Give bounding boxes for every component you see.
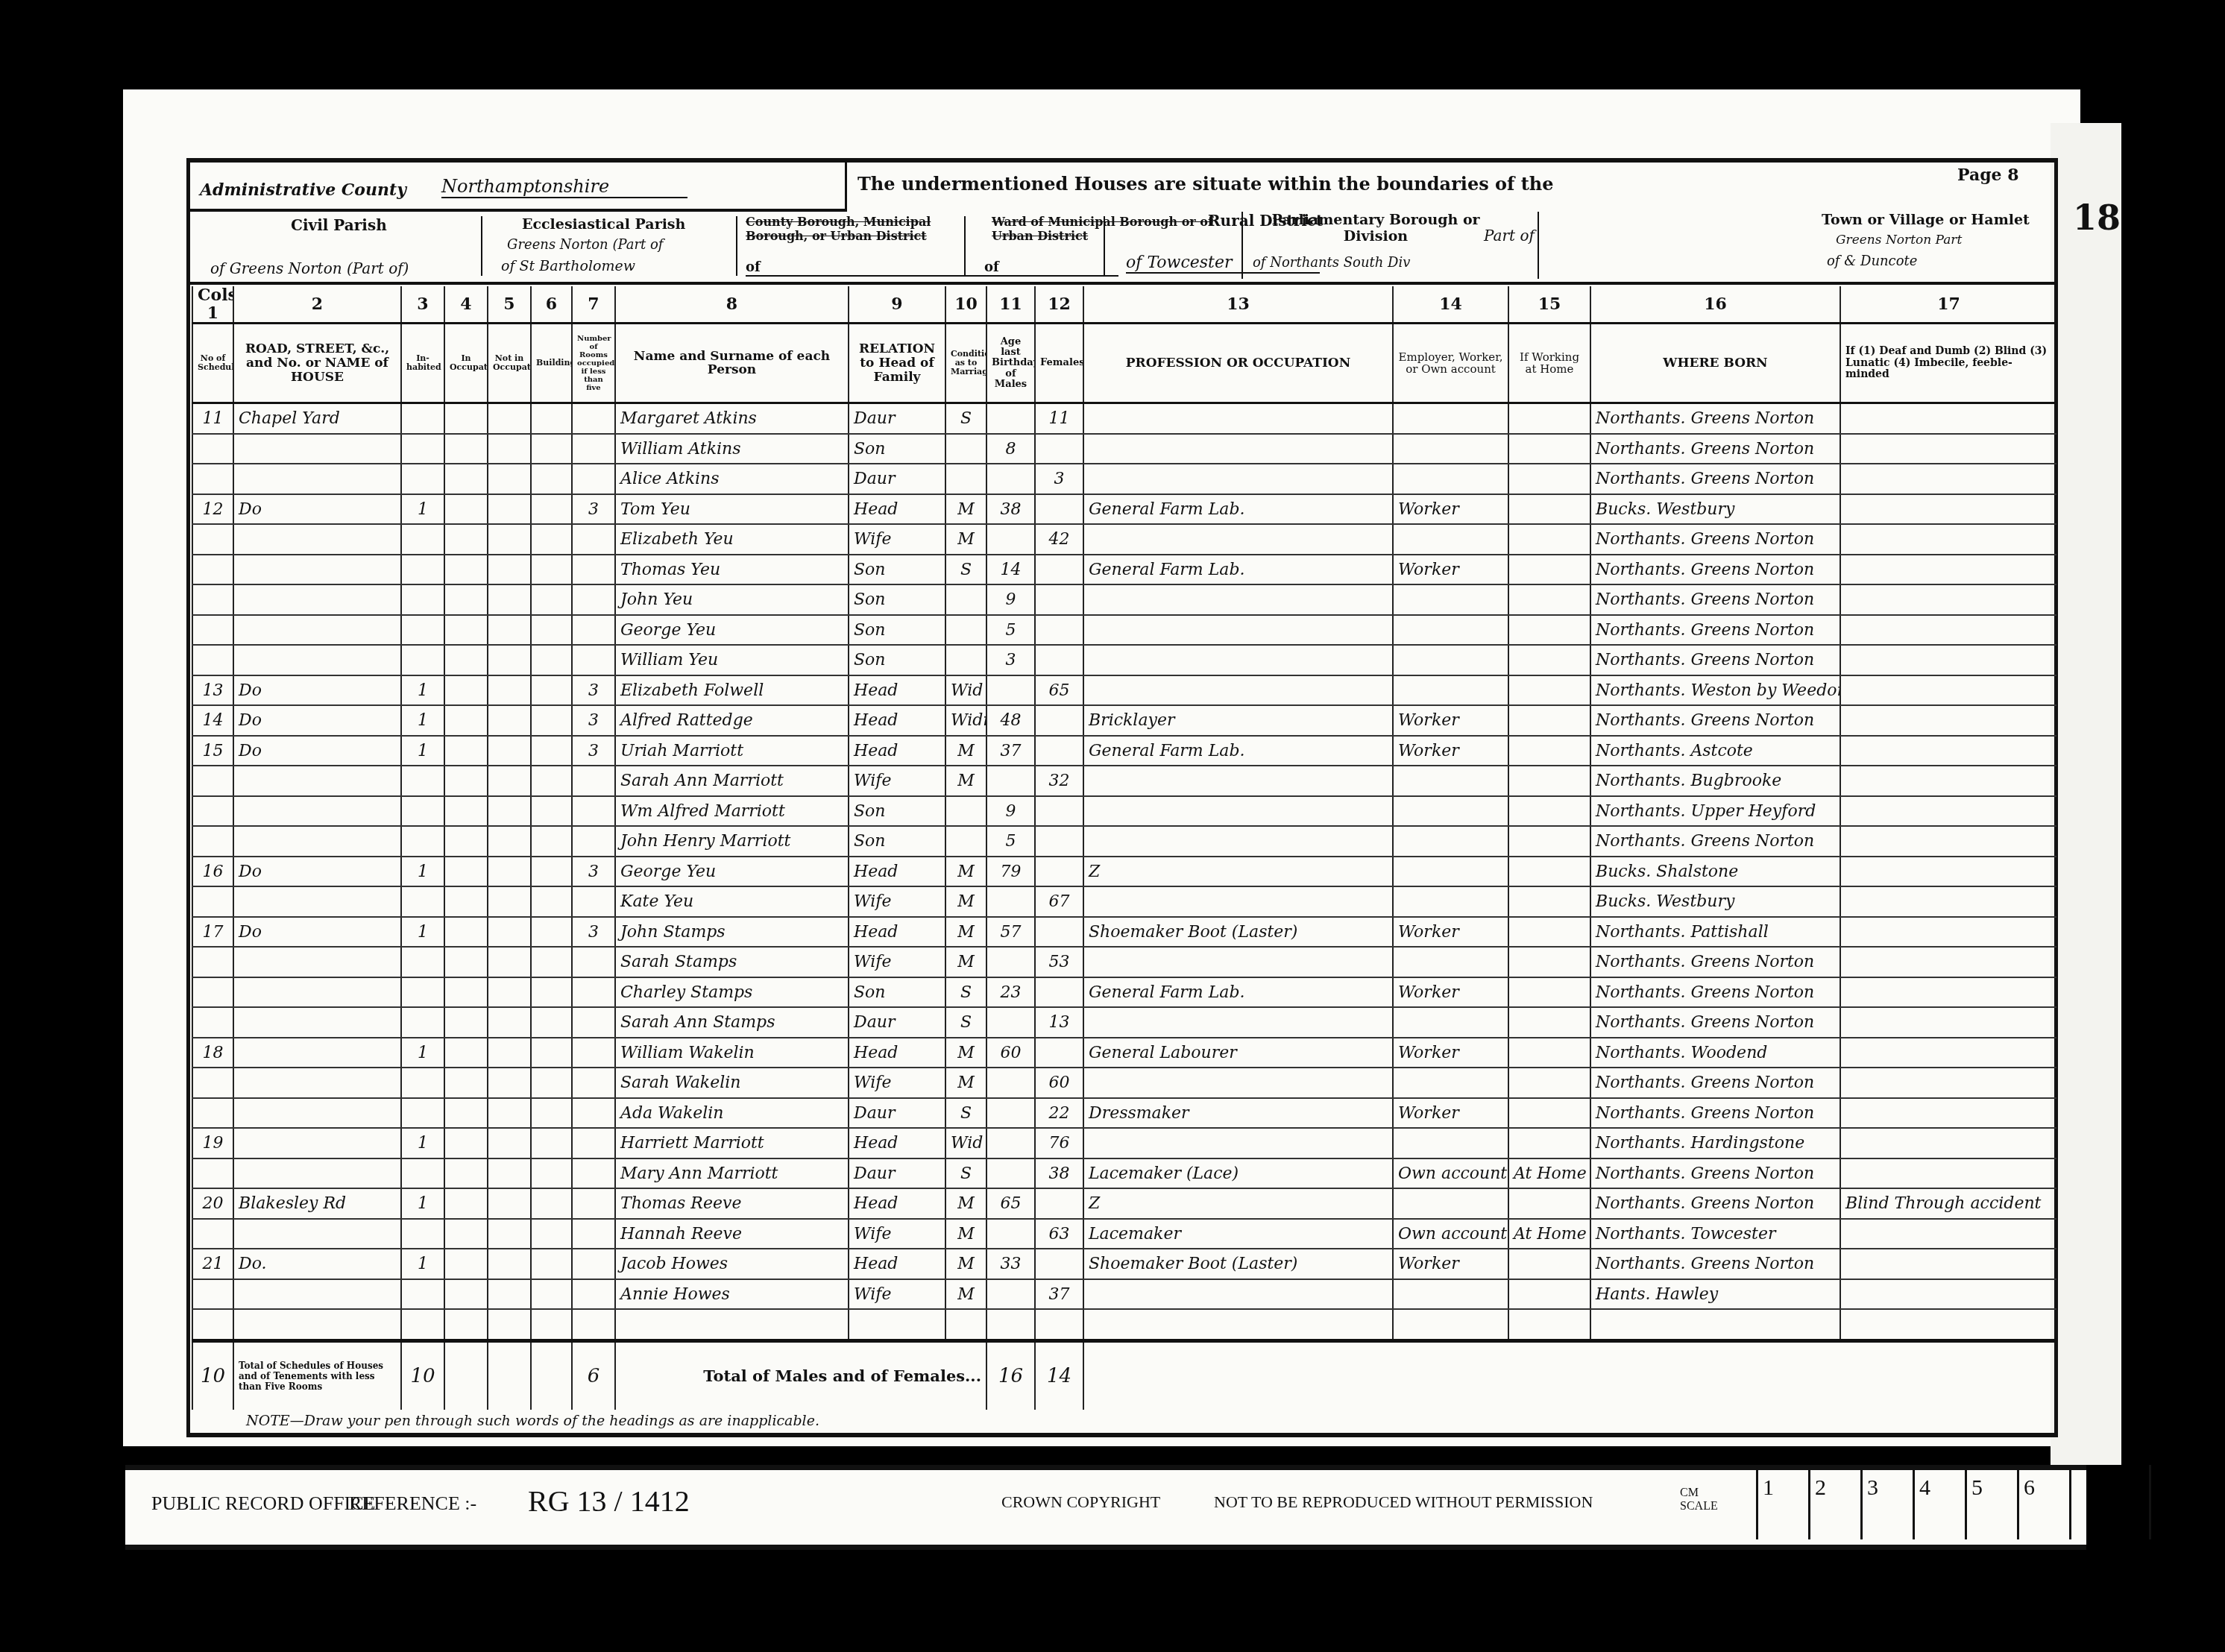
col-num: 4 [444,286,488,324]
inhabited [401,1007,444,1038]
relation: Son [849,555,945,585]
infirmity [1840,434,2056,464]
at-home [1508,464,1590,494]
inhabited [401,947,444,977]
occupation: General Farm Lab. [1083,555,1393,585]
where-born: Northants. Woodend [1590,1038,1840,1068]
at-home [1508,1128,1590,1158]
not-in-occupation [488,1309,531,1340]
person-name: Jacob Howes [615,1249,849,1279]
in-occupation [444,555,488,585]
inhabited [401,615,444,646]
schedule-number: 13 [192,675,233,706]
occupation [1083,796,1393,827]
table-row: 17Do13John StampsHeadM57Shoemaker Boot (… [192,917,2056,948]
address [233,524,401,555]
scale-mark: 3 [1860,1465,1913,1539]
male-age [986,947,1035,977]
occupation [1083,1007,1393,1038]
relation: Head [849,1249,945,1279]
where-born: Northants. Greens Norton [1590,403,1840,434]
census-table: Cols 1 2 3 4 5 6 7 8 9 10 11 12 13 14 15… [192,286,2056,1410]
person-name: Mary Ann Marriott [615,1158,849,1189]
in-occupation [444,857,488,887]
building [531,464,572,494]
header-occupation: PROFESSION OR OCCUPATION [1083,324,1393,403]
employment [1393,1188,1508,1219]
male-age: 48 [986,705,1035,736]
employment [1393,1128,1508,1158]
ecclesiastical-parish-value-2: of St Bartholomew [501,258,635,274]
rooms [572,1007,615,1038]
male-age: 8 [986,434,1035,464]
in-occupation [444,736,488,766]
totals-row: 10 Total of Schedules of Houses and of T… [192,1340,2056,1410]
where-born: Northants. Greens Norton [1590,1188,1840,1219]
infirmity [1840,796,2056,827]
building [531,977,572,1008]
col-num: 7 [572,286,615,324]
rooms: 3 [572,917,615,948]
infirmity [1840,1068,2056,1098]
condition: M [945,766,986,796]
infirmity [1840,1219,2056,1249]
table-row: Wm Alfred MarriottSon9Northants. Upper H… [192,796,2056,827]
inhabited [401,584,444,615]
parliamentary-note: Part of [1484,227,1535,245]
header-males: Males [995,379,1027,390]
female-age [1035,645,1083,675]
schedule-number [192,1158,233,1189]
relation: Head [849,705,945,736]
footer-copyright: CROWN COPYRIGHT [1001,1492,1160,1512]
address: Do [233,494,401,525]
occupation: Lacemaker [1083,1219,1393,1249]
female-age [1035,434,1083,464]
male-age: 60 [986,1038,1035,1068]
female-age: 60 [1035,1068,1083,1098]
address [233,1309,401,1340]
in-occupation [444,886,488,917]
where-born: Northants. Upper Heyford [1590,796,1840,827]
relation: Son [849,796,945,827]
scale-mark: 6 [2017,1465,2069,1539]
at-home [1508,947,1590,977]
at-home: At Home [1508,1219,1590,1249]
table-row: 191Harriett MarriottHeadWid76Northants. … [192,1128,2056,1158]
building [531,555,572,585]
header-relation: RELATION to Head of Family [849,324,945,403]
building [531,886,572,917]
in-occupation [444,1007,488,1038]
inhabited [401,1219,444,1249]
table-row: Elizabeth YeuWifeM42Northants. Greens No… [192,524,2056,555]
person-name: Uriah Marriott [615,736,849,766]
at-home [1508,1249,1590,1279]
building [531,1279,572,1310]
person-name: Sarah Wakelin [615,1068,849,1098]
employment: Worker [1393,494,1508,525]
address [233,1098,401,1129]
person-name: Sarah Ann Marriott [615,766,849,796]
where-born [1590,1309,1840,1340]
inhabited [401,826,444,857]
building [531,826,572,857]
condition: Widr [945,705,986,736]
relation: Daur [849,1007,945,1038]
col-num: 14 [1393,286,1508,324]
at-home [1508,434,1590,464]
header-bottom-rule [190,282,2054,285]
infirmity [1840,645,2056,675]
employment: Worker [1393,555,1508,585]
col-num: 2 [233,286,401,324]
at-home [1508,886,1590,917]
infirmity [1840,886,2056,917]
occupation: General Labourer [1083,1038,1393,1068]
page-label: Page 8 [1957,165,2019,185]
building [531,1128,572,1158]
female-age [1035,917,1083,948]
person-name: William Yeu [615,645,849,675]
occupation: Lacemaker (Lace) [1083,1158,1393,1189]
table-row: Alice AtkinsDaur3Northants. Greens Norto… [192,464,2056,494]
in-occupation [444,1038,488,1068]
building [531,1007,572,1038]
inhabited [401,645,444,675]
at-home [1508,615,1590,646]
male-age [986,1279,1035,1310]
table-row [192,1309,2056,1340]
occupation: Shoemaker Boot (Laster) [1083,1249,1393,1279]
condition: M [945,736,986,766]
condition [945,434,986,464]
not-in-occupation [488,1007,531,1038]
rooms [572,524,615,555]
occupation: Bricklayer [1083,705,1393,736]
not-in-occupation [488,736,531,766]
person-name: John Henry Marriott [615,826,849,857]
where-born: Northants. Greens Norton [1590,826,1840,857]
male-age [986,1098,1035,1129]
address: Blakesley Rd [233,1188,401,1219]
occupation: Z [1083,1188,1393,1219]
where-born: Northants. Hardingstone [1590,1128,1840,1158]
divider [1538,212,1539,279]
schedule-number [192,1007,233,1038]
rooms [572,1309,615,1340]
occupation [1083,1279,1393,1310]
condition: S [945,977,986,1008]
header-building: Building [531,324,572,403]
inhabited [401,524,444,555]
table-row: John Henry MarriottSon5Northants. Greens… [192,826,2056,857]
rooms [572,434,615,464]
not-in-occupation [488,1219,531,1249]
inhabited [401,1068,444,1098]
female-age [1035,826,1083,857]
table-row: 12Do13Tom YeuHeadM38General Farm Lab.Wor… [192,494,2056,525]
table-row: 20Blakesley Rd1Thomas ReeveHeadM65ZNorth… [192,1188,2056,1219]
footer-reference-label: REFERENCE :- [349,1492,476,1515]
employment [1393,403,1508,434]
inhabited [401,434,444,464]
where-born: Northants. Greens Norton [1590,615,1840,646]
rooms [572,1068,615,1098]
address [233,464,401,494]
employment: Worker [1393,917,1508,948]
male-age: 33 [986,1249,1035,1279]
at-home [1508,675,1590,706]
female-age: 63 [1035,1219,1083,1249]
frame-top [186,158,2058,163]
divider [964,216,966,276]
admin-county-border [845,163,847,212]
col-num: 16 [1590,286,1840,324]
infirmity [1840,1128,2056,1158]
infirmity [1840,766,2056,796]
male-age [986,403,1035,434]
at-home [1508,1038,1590,1068]
ward-value: of [984,259,1118,277]
female-age: 3 [1035,464,1083,494]
header-employment: Employer, Worker, or Own account [1393,324,1508,403]
infirmity [1840,1098,2056,1129]
scale-mark: 5 [1965,1465,2017,1539]
person-name [615,1309,849,1340]
in-occupation [444,1068,488,1098]
schedule-number [192,464,233,494]
table-row: 181William WakelinHeadM60General Laboure… [192,1038,2056,1068]
relation: Head [849,1128,945,1158]
where-born: Northants. Greens Norton [1590,555,1840,585]
female-age: 32 [1035,766,1083,796]
employment [1393,464,1508,494]
at-home [1508,1068,1590,1098]
occupation [1083,524,1393,555]
person-name: Thomas Yeu [615,555,849,585]
not-in-occupation [488,796,531,827]
male-age: 9 [986,584,1035,615]
occupation [1083,886,1393,917]
not-in-occupation [488,615,531,646]
building [531,1249,572,1279]
relation: Head [849,1188,945,1219]
county-borough-label: County Borough, Municipal Borough, or Ur… [746,215,969,243]
condition: S [945,1007,986,1038]
relation: Daur [849,1098,945,1129]
building [531,1309,572,1340]
person-name: William Atkins [615,434,849,464]
relation: Head [849,494,945,525]
total-schedules: 10 [192,1340,233,1410]
employment [1393,645,1508,675]
female-age: 37 [1035,1279,1083,1310]
where-born: Northants. Greens Norton [1590,645,1840,675]
where-born: Northants. Greens Norton [1590,524,1840,555]
in-occupation [444,947,488,977]
infirmity [1840,705,2056,736]
header-address: ROAD, STREET, &c., and No. or NAME of HO… [233,324,401,403]
occupation: Shoemaker Boot (Laster) [1083,917,1393,948]
employment [1393,796,1508,827]
male-age: 3 [986,645,1035,675]
male-age: 5 [986,826,1035,857]
header-schedule: No of Schedule [192,324,233,403]
table-row: George YeuSon5Northants. Greens Norton [192,615,2056,646]
schedule-number: 18 [192,1038,233,1068]
person-name: Elizabeth Folwell [615,675,849,706]
female-age: 22 [1035,1098,1083,1129]
schedule-number [192,886,233,917]
table-row: 11Chapel YardMargaret AtkinsDaurS11North… [192,403,2056,434]
building [531,434,572,464]
person-name: Harriett Marriott [615,1128,849,1158]
infirmity [1840,1038,2056,1068]
scale-mark [2069,1465,2151,1539]
relation: Wife [849,1219,945,1249]
header-rooms: Number of Rooms occupied if less than fi… [572,324,615,403]
table-row: Annie HowesWifeM37Hants. Hawley [192,1279,2056,1310]
building [531,1158,572,1189]
building [531,796,572,827]
header-at-home: If Working at Home [1508,324,1590,403]
rooms [572,977,615,1008]
occupation: General Farm Lab. [1083,494,1393,525]
schedule-number: 12 [192,494,233,525]
male-age [986,524,1035,555]
relation: Son [849,645,945,675]
rooms [572,886,615,917]
address: Do [233,917,401,948]
not-in-occupation [488,494,531,525]
relation: Head [849,736,945,766]
where-born: Northants. Greens Norton [1590,584,1840,615]
rooms [572,826,615,857]
in-occupation [444,645,488,675]
not-in-occupation [488,826,531,857]
footer-scale-label: CM SCALE [1680,1487,1717,1513]
person-name: Wm Alfred Marriott [615,796,849,827]
cm-scale: 1 2 3 4 5 6 [1756,1465,2151,1539]
table-row: Sarah Ann StampsDaurS13Northants. Greens… [192,1007,2056,1038]
relation: Son [849,434,945,464]
building [531,857,572,887]
at-home [1508,796,1590,827]
col-num: 12 [1035,286,1083,324]
header-condition: Condition as to Marriage [945,324,986,403]
schedule-number: 16 [192,857,233,887]
not-in-occupation [488,917,531,948]
rooms [572,615,615,646]
employment: Worker [1393,1249,1508,1279]
rooms [572,766,615,796]
male-age: 57 [986,917,1035,948]
condition: M [945,917,986,948]
at-home [1508,524,1590,555]
condition: M [945,1068,986,1098]
address [233,826,401,857]
at-home [1508,705,1590,736]
person-name: William Wakelin [615,1038,849,1068]
table-row: 13Do13Elizabeth FolwellHeadWid65Northant… [192,675,2056,706]
table-row: 16Do13George YeuHeadM79ZBucks. Shalstone [192,857,2056,887]
rooms [572,947,615,977]
not-in-occupation [488,766,531,796]
employment: Worker [1393,1038,1508,1068]
person-name: Elizabeth Yeu [615,524,849,555]
infirmity [1840,947,2056,977]
rooms: 3 [572,494,615,525]
female-age: 42 [1035,524,1083,555]
address: Do. [233,1249,401,1279]
person-name: Alice Atkins [615,464,849,494]
occupation [1083,615,1393,646]
inhabited: 1 [401,1128,444,1158]
relation: Son [849,615,945,646]
employment: Worker [1393,977,1508,1008]
infirmity [1840,857,2056,887]
not-in-occupation [488,705,531,736]
at-home [1508,584,1590,615]
male-age: 23 [986,977,1035,1008]
rooms [572,1249,615,1279]
total-males: 16 [986,1340,1035,1410]
in-occupation [444,917,488,948]
building [531,1219,572,1249]
female-age [1035,1038,1083,1068]
where-born: Northants. Greens Norton [1590,947,1840,977]
admin-county-label: Administrative County [200,180,406,200]
schedule-number: 14 [192,705,233,736]
where-born: Northants. Weston by Weedon [1590,675,1840,706]
occupation: General Farm Lab. [1083,736,1393,766]
footer-office: PUBLIC RECORD OFFICE [151,1492,376,1515]
scale-mark: 4 [1913,1465,1965,1539]
infirmity [1840,1007,2056,1038]
col-num: 5 [488,286,531,324]
building [531,584,572,615]
relation: Daur [849,464,945,494]
at-home [1508,1098,1590,1129]
person-name: George Yeu [615,615,849,646]
header-age-males: Age last Birthday ofMales [986,324,1035,403]
female-age: 11 [1035,403,1083,434]
header-infirmity: If (1) Deaf and Dumb (2) Blind (3) Lunat… [1840,324,2056,403]
male-age [986,1219,1035,1249]
total-rooms: 6 [572,1340,615,1410]
person-name: Margaret Atkins [615,403,849,434]
relation: Son [849,977,945,1008]
schedule-number [192,796,233,827]
table-row: Sarah Ann MarriottWifeM32Northants. Bugb… [192,766,2056,796]
not-in-occupation [488,886,531,917]
relation: Wife [849,766,945,796]
address [233,886,401,917]
where-born: Northants. Astcote [1590,736,1840,766]
frame-left [186,158,190,1437]
relation: Son [849,826,945,857]
header-age-females: Females [1035,324,1083,403]
where-born: Northants. Greens Norton [1590,464,1840,494]
schedule-number [192,615,233,646]
condition: M [945,524,986,555]
inhabited [401,1158,444,1189]
male-age: 14 [986,555,1035,585]
not-in-occupation [488,524,531,555]
page-edge [2051,123,2121,1465]
condition: M [945,947,986,977]
